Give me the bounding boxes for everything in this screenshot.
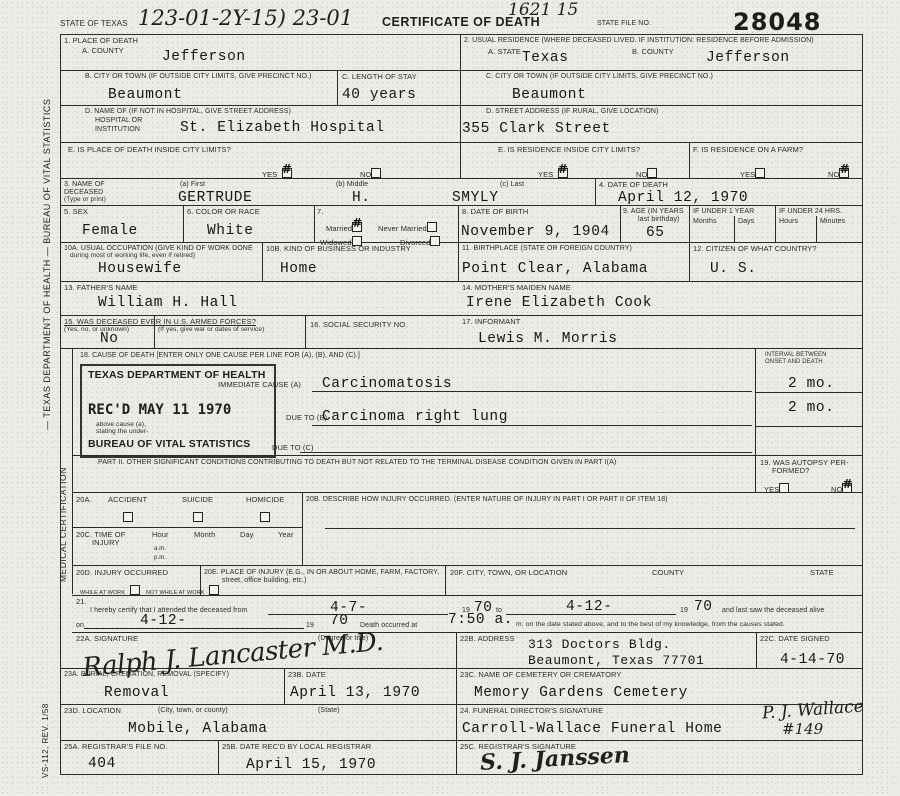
due-to-b-label: DUE TO (b) — [286, 414, 327, 422]
res-county-label: b. COUNTY — [632, 48, 674, 56]
res-farm-label: f. IS RESIDENCE ON A FARM? — [693, 146, 803, 154]
divider — [305, 315, 306, 348]
address-line-1: 313 Doctors Bldg. — [528, 638, 671, 651]
while-at-work-label: WHILE AT WORK — [80, 590, 125, 596]
death-time-value: 7:50 a. — [448, 613, 513, 628]
county-label: a. COUNTY — [82, 47, 124, 55]
checked-box-icon — [558, 168, 568, 178]
age-value: 65 — [646, 226, 665, 241]
divider — [284, 668, 285, 704]
address-label: 22b. ADDRESS — [460, 635, 515, 643]
location-label: 23d. LOCATION — [64, 707, 121, 715]
middle-name-value: H. — [352, 191, 371, 206]
citizen-value: U. S. — [710, 262, 757, 277]
state-label: STATE OF TEXAS — [60, 20, 128, 28]
funeral-director-number: #149 — [782, 722, 823, 737]
attended-to-value: 4-12- — [566, 600, 613, 615]
name-label-2: DECEASED — [64, 189, 103, 196]
informant-value: Lewis M. Morris — [478, 332, 618, 347]
suicide-label: SUICIDE — [182, 496, 213, 504]
date-received-label: 25b. DATE REC'D BY LOCAL REGISTRAR — [222, 743, 371, 751]
location-value: Mobile, Alabama — [128, 722, 268, 737]
residence-label: 2. USUAL RESIDENCE (Where deceased lived… — [464, 37, 814, 44]
underline — [312, 425, 752, 426]
divider — [445, 565, 446, 595]
divider — [460, 34, 461, 179]
handwritten-title-note: 1621 15 — [508, 2, 578, 19]
divider — [314, 205, 315, 242]
date-of-death-label: 4. DATE OF DEATH — [599, 181, 668, 189]
res-street-label: d. STREET ADDRESS (If rural, give locati… — [486, 108, 658, 115]
divider — [595, 178, 596, 205]
disposition-type-value: Removal — [104, 686, 169, 701]
divider — [218, 740, 219, 774]
place-of-death-label: 1. PLACE OF DEATH — [64, 37, 138, 45]
homicide-option[interactable]: HOMICIDE — [246, 496, 284, 527]
handwritten-record-number: 123-01-2Y-15) 23-01 — [138, 8, 353, 29]
divider — [755, 426, 863, 427]
middle-name-label: (b) Middle — [336, 181, 368, 188]
first-name-label: (a) First — [180, 181, 205, 188]
last-seen-value: 4-12- — [140, 614, 187, 629]
institution-label-3: INSTITUTION — [95, 126, 140, 133]
death-county-value: Jefferson — [162, 50, 246, 65]
length-of-stay-label: c. LENGTH OF STAY — [342, 73, 417, 81]
birthplace-label: 11. BIRTHPLACE (State or foreign country… — [462, 245, 632, 252]
divider — [755, 455, 756, 492]
res-county-value: Jefferson — [706, 51, 790, 66]
race-label: 6. COLOR OR RACE — [187, 208, 260, 216]
interval-label: INTERVAL BETWEEN — [765, 352, 827, 358]
divider — [337, 70, 338, 105]
informant-label: 17. INFORMANT — [462, 318, 520, 326]
homicide-label: HOMICIDE — [246, 496, 284, 504]
no-label: NO — [636, 170, 647, 179]
immediate-interval-value: 2 mo. — [788, 377, 835, 392]
location-city-label: (City, town, or county) — [158, 707, 228, 714]
cemetery-label: 23c. NAME OF CEMETERY OR CREMATORY — [460, 671, 622, 679]
while-at-work-option[interactable]: WHILE AT WORK — [80, 581, 140, 599]
date-received-value: April 15, 1970 — [246, 758, 376, 773]
registrar-file-value: 404 — [88, 757, 116, 772]
name-label-3: (Type or print) — [64, 197, 106, 204]
empty-box-icon — [193, 512, 203, 522]
birthplace-value: Point Clear, Alabama — [462, 262, 648, 277]
injury-place-label: 20e. PLACE OF INJURY (e.g., in or about … — [204, 569, 439, 576]
suicide-option[interactable]: SUICIDE — [182, 496, 213, 527]
part-two-label: PART II. OTHER SIGNIFICANT CONDITIONS CO… — [98, 459, 616, 466]
autopsy-yes[interactable]: YES — [764, 479, 789, 497]
minutes-label: Minutes — [820, 218, 845, 225]
certification-text-3: m. on the date stated above, and to the … — [516, 622, 785, 629]
cemetery-value: Memory Gardens Cemetery — [474, 686, 688, 701]
divider — [72, 492, 863, 493]
ssn-label: 16. SOCIAL SECURITY NO. — [310, 321, 407, 329]
res-inside-limits-yes[interactable]: YES — [538, 164, 568, 182]
injury-occurred-label: 20d. INJURY OCCURRED — [76, 569, 168, 577]
mother-value: Irene Elizabeth Cook — [466, 296, 652, 311]
immediate-cause-label: IMMEDIATE CAUSE (a) — [218, 381, 301, 389]
autopsy-no[interactable]: NO — [831, 479, 852, 497]
stamp-received-date: REC'D MAY 11 1970 — [88, 402, 231, 418]
divider — [302, 492, 303, 565]
last-seen-year: 70 — [330, 614, 349, 629]
checked-box-icon — [842, 483, 852, 493]
yes-label: YES — [764, 485, 779, 494]
divider — [72, 565, 863, 566]
injury-state-label: STATE — [810, 569, 834, 577]
dob-value: November 9, 1904 — [461, 225, 610, 240]
attended-to-year: 70 — [694, 600, 713, 615]
injury-city-label: 20f. CITY, TOWN, OR LOCATION — [450, 569, 567, 577]
institution-value: St. Elizabeth Hospital — [180, 121, 385, 136]
divider — [72, 348, 73, 594]
empty-box-icon — [647, 168, 657, 178]
injury-type-label: 20a. — [76, 496, 92, 504]
not-while-at-work-label: NOT WHILE AT WORK — [146, 590, 205, 596]
divider — [60, 70, 863, 71]
no-label: NO — [828, 170, 839, 179]
armed-forces-value: No — [100, 332, 119, 347]
death-inside-limits-label: e. IS PLACE OF DEATH INSIDE CITY LIMITS? — [68, 146, 231, 154]
am-label: a.m. — [154, 546, 166, 552]
form-number-label: VS-112, REV. 1/58 — [41, 703, 50, 778]
injury-place-label-2: street, office building, etc.) — [222, 577, 307, 584]
institution-label: d. NAME OF (If not in hospital, give str… — [85, 108, 291, 115]
empty-box-icon — [755, 168, 765, 178]
divider — [734, 216, 735, 242]
registrar-signature: S. J. Janssen — [480, 744, 631, 774]
divider — [262, 242, 263, 281]
injury-describe-label: 20b. DESCRIBE HOW INJURY OCCURRED. (Ente… — [306, 496, 668, 503]
underline — [84, 628, 304, 629]
age-label-2: last birthday) — [638, 216, 679, 223]
armed-war-label: (If yes, give war or dates of service) — [158, 327, 264, 334]
divider — [456, 668, 457, 774]
underline — [325, 528, 855, 529]
month-label: Month — [194, 531, 215, 539]
sex-label: 5. SEX — [64, 208, 88, 216]
divider — [60, 105, 863, 106]
divider — [620, 205, 621, 242]
checked-box-icon — [352, 222, 362, 232]
last-name-label: (c) Last — [500, 181, 524, 188]
divider — [456, 632, 457, 668]
empty-box-icon — [427, 222, 437, 232]
divider — [689, 142, 690, 179]
divider — [60, 142, 863, 143]
citizen-label: 12. CITIZEN OF WHAT COUNTRY? — [693, 245, 817, 253]
no-label: NO — [360, 170, 371, 179]
divider — [755, 392, 863, 393]
outer-border-right — [862, 34, 863, 774]
empty-box-icon — [430, 236, 440, 246]
res-farm-yes[interactable]: YES — [740, 164, 765, 182]
dob-label: 8. DATE OF BIRTH — [462, 208, 528, 216]
days-label: Days — [738, 218, 754, 225]
hours-label: Hours — [779, 218, 798, 225]
res-city-value: Beaumont — [512, 88, 586, 103]
due-to-b-value: Carcinoma right lung — [322, 410, 508, 425]
race-value: White — [207, 224, 254, 239]
name-label: 3. NAME OF — [64, 181, 105, 188]
received-stamp: TEXAS DEPARTMENT OF HEALTH REC'D MAY 11 … — [80, 364, 276, 458]
business-value: Home — [280, 262, 317, 277]
not-while-at-work-option[interactable]: NOT WHILE AT WORK — [146, 581, 219, 599]
funeral-director-label: 24. FUNERAL DIRECTOR'S SIGNATURE — [460, 707, 603, 715]
year-label: Year — [278, 531, 294, 539]
certification-number: 21. — [76, 598, 87, 606]
state-file-number: 28048 — [733, 8, 822, 36]
checked-box-icon — [839, 168, 849, 178]
length-of-stay-value: 40 years — [342, 88, 416, 103]
occupation-label: 10a. USUAL OCCUPATION (Give kind of work… — [64, 245, 253, 252]
business-label: 10b. KIND OF BUSINESS OR INDUSTRY — [266, 245, 411, 253]
empty-box-icon — [209, 585, 219, 595]
department-side-label: — TEXAS DEPARTMENT OF HEALTH — BUREAU OF… — [42, 99, 52, 430]
divider — [816, 216, 817, 242]
registrar-file-label: 25a. REGISTRAR'S FILE NO. — [64, 743, 168, 751]
under-1-year-label: IF UNDER 1 YEAR — [693, 208, 754, 215]
underline — [312, 391, 752, 392]
institution-label-2: HOSPITAL OR — [95, 117, 142, 124]
res-street-value: 355 Clark Street — [462, 122, 611, 137]
death-inside-limits-yes[interactable]: YES — [262, 164, 292, 182]
accident-label: ACCIDENT — [108, 496, 147, 504]
empty-box-icon — [123, 512, 133, 522]
checked-box-icon — [282, 168, 292, 178]
marital-number: 7. — [317, 208, 323, 216]
res-city-label: c. CITY OR TOWN (If outside city limits,… — [486, 73, 713, 80]
year-prefix: 19 — [680, 607, 688, 614]
armed-forces-label: 15. WAS DECEASED EVER IN U.S. ARMED FORC… — [64, 318, 256, 326]
empty-box-icon — [260, 512, 270, 522]
interval-label-2: ONSET AND DEATH — [765, 359, 823, 365]
day-label: Day — [240, 531, 254, 539]
immediate-cause-value: Carcinomatosis — [322, 377, 452, 392]
first-name-value: GERTRUDE — [178, 191, 252, 206]
age-label: 9. AGE (In years — [623, 208, 684, 215]
disposition-date-label: 23b. DATE — [288, 671, 326, 679]
father-value: William H. Hall — [98, 296, 238, 311]
empty-box-icon — [779, 483, 789, 493]
empty-box-icon — [130, 585, 140, 595]
bottom-border — [60, 774, 863, 775]
occupation-label-2: during most of working life, even if ret… — [70, 253, 195, 260]
months-label: Months — [693, 218, 717, 225]
due-to-b-interval-value: 2 mo. — [788, 401, 835, 416]
res-state-value: Texas — [522, 51, 569, 66]
father-label: 13. FATHER'S NAME — [64, 284, 137, 292]
address-line-2: Beaumont, Texas 77701 — [528, 654, 704, 667]
city-label: b. CITY OR TOWN (If outside city limits,… — [85, 73, 312, 80]
no-label: NO — [831, 485, 842, 494]
date-of-death-value: April 12, 1970 — [618, 191, 748, 206]
death-inside-limits-no[interactable]: NO — [360, 164, 381, 182]
pm-label: p.m. — [154, 555, 166, 561]
underline — [300, 452, 752, 453]
funeral-director-signature: P. J. Wallace — [762, 698, 865, 722]
divider — [60, 348, 863, 349]
death-city-value: Beaumont — [108, 88, 182, 103]
divider — [755, 348, 756, 458]
divider — [756, 632, 757, 668]
divider — [72, 527, 303, 528]
on-label: on — [76, 622, 84, 629]
due-to-c-label: DUE TO (c) — [272, 444, 314, 452]
year-prefix: 19 — [306, 622, 314, 629]
under-24-hrs-label: IF UNDER 24 HRS. — [779, 208, 842, 215]
top-border — [60, 34, 863, 35]
occupation-value: Housewife — [98, 262, 182, 277]
empty-box-icon — [371, 168, 381, 178]
funeral-home-value: Carroll-Wallace Funeral Home — [462, 722, 722, 737]
armed-yes-no-label: (Yes, no, or unknown) — [64, 327, 129, 334]
res-inside-limits-label: e. IS RESIDENCE INSIDE CITY LIMITS? — [498, 146, 640, 154]
sex-value: Female — [82, 224, 138, 239]
hour-label: Hour — [152, 531, 169, 539]
outer-border-left — [60, 34, 61, 774]
injury-county-label: COUNTY — [652, 569, 684, 577]
date-signed-value: 4-14-70 — [780, 653, 845, 668]
accident-option[interactable]: ACCIDENT — [108, 496, 147, 527]
divider — [775, 205, 776, 242]
location-state-label: (State) — [318, 707, 340, 714]
injury-time-label-2: INJURY — [92, 539, 120, 547]
disposition-type-label: 23a. BURIAL, CREMATION, REMOVAL (Specify… — [64, 671, 229, 678]
res-farm-no[interactable]: NO — [828, 164, 849, 182]
autopsy-label-2: FORMED? — [772, 467, 809, 475]
stamp-bureau: BUREAU OF VITAL STATISTICS — [88, 438, 251, 450]
yes-label: YES — [538, 170, 553, 179]
signature-label: 22a. SIGNATURE — [76, 635, 138, 643]
yes-label: YES — [262, 170, 277, 179]
disposition-date-value: April 13, 1970 — [290, 686, 420, 701]
date-signed-label: 22c. DATE SIGNED — [760, 635, 830, 643]
mother-label: 14. MOTHER'S MAIDEN NAME — [462, 284, 571, 292]
last-name-value: SMYLY — [452, 191, 499, 206]
yes-label: YES — [740, 170, 755, 179]
certification-text-2: and last saw the deceased alive — [722, 607, 824, 614]
cause-of-death-label: 18. CAUSE OF DEATH [Enter only one cause… — [80, 352, 360, 359]
stamp-fine-print-2: stating the under- — [96, 429, 148, 436]
res-state-label: a. STATE — [488, 48, 521, 56]
state-file-label: STATE FILE NO. — [597, 20, 651, 27]
divider — [183, 205, 184, 242]
